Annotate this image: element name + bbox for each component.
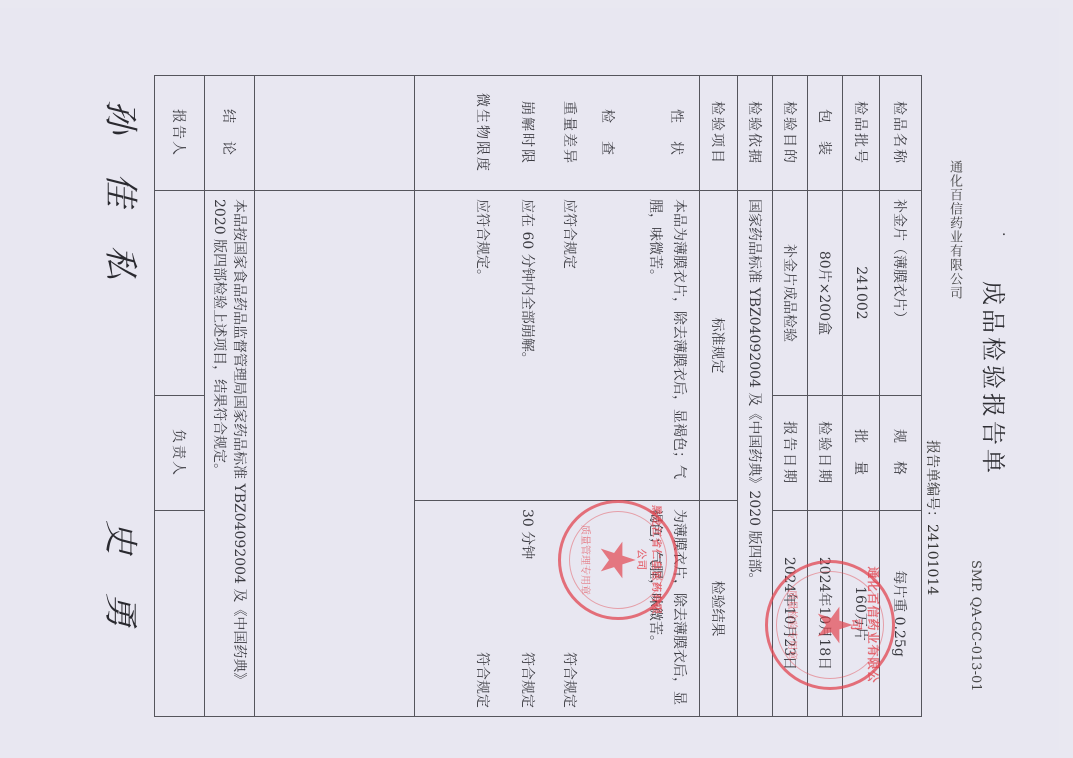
reporter-signature-cell [155,191,205,396]
report-page: 成品检验报告单 · SMP. QA-GC-013-01 通化百信药业有限公司 报… [0,0,1073,758]
item-standard: 应符合规定。 [459,199,504,492]
report-number: 报告单编号：24101014 [923,440,943,595]
row-packaging: 包 装 80片×200盒 检验日期 2024年10月18日 [808,76,843,717]
company-name: 通化百信药业有限公司 [945,160,964,300]
basis-label: 检验依据 [738,76,773,191]
packaging-label: 包 装 [808,76,843,191]
responsible-signature-cell [155,511,205,717]
test-date-label: 检验日期 [808,396,843,511]
packaging-value: 80片×200盒 [808,191,843,396]
item-result [589,509,624,708]
report-date-label: 报告日期 [773,396,808,511]
item-result: 为薄膜衣片，除去薄膜衣后，显褐色；气腥，味微苦。 [624,509,699,708]
conclusion-label: 结 论 [205,76,255,191]
row-product-name: 检品名称 补金片（薄膜衣片） 规 格 每片重 0.25g [880,76,922,717]
purpose-label: 检验目的 [773,76,808,191]
row-basis: 检验依据 国家药品标准 YBZ04092004 及《中国药典》2020 版四部。 [738,76,773,717]
row-signatures: 报告人 负责人 [155,76,205,717]
product-name-label: 检品名称 [880,76,922,191]
item-result: 30 分钟 [504,509,549,559]
report-title: 成品检验报告单 [978,0,1013,758]
inspection-table: 检品名称 补金片（薄膜衣片） 规 格 每片重 0.25g 检品批号 241002… [154,75,922,717]
purpose-value: 补金片成品检验 [773,191,808,396]
batch-no-label: 检品批号 [843,76,880,191]
item-name: 崩解时限 [504,76,549,190]
item-standard: 应符合规定 [549,199,589,492]
item-result-row: 30 分钟 符合规定 [504,509,549,708]
item-verdict: 符合规定 [549,509,589,708]
row-conclusion: 结 论 本品按国家食品药品监督管理局国家药品标准 YBZ04092004 及《中… [205,76,255,717]
conclusion-text: 本品按国家食品药品监督管理局国家药品标准 YBZ04092004 及《中国药典》… [205,191,255,717]
blank-cell [255,191,415,717]
items-header-result: 检验结果 [700,501,738,717]
batch-size-value: 160万片 [843,511,880,717]
responsible-signature: 史 勇 [99,520,148,641]
report-date-value: 2024年10月23日 [773,511,808,717]
item-name: 检 查 [589,76,624,190]
row-items-header: 检验项目 标准规定 检验结果 [700,76,738,717]
item-standard: 应在 60 分钟内全部崩解。 [504,199,549,492]
item-verdict: 符合规定 [459,509,504,708]
reporter-signature: 孙 佳 私 [99,100,148,294]
row-items-body: 性 状 检 查 重量差异 崩解时限 微生物限度 本品为薄膜衣片，除去薄膜衣后，显… [415,76,700,717]
items-results: 为薄膜衣片，除去薄膜衣后，显褐色；气腥，味微苦。 符合规定 30 分钟 符合规定… [415,501,700,717]
responsible-label: 负责人 [155,396,205,511]
reporter-label: 报告人 [155,76,205,191]
row-blank [255,76,415,717]
item-name: 重量差异 [549,76,589,190]
items-header-standard: 标准规定 [700,191,738,501]
items-header-item: 检验项目 [700,76,738,191]
item-name: 微生物限度 [459,76,504,190]
item-name: 性 状 [624,76,699,190]
item-verdict: 符合规定 [504,652,549,708]
spec-label: 规 格 [880,396,922,511]
item-standard: 本品为薄膜衣片，除去薄膜衣后，显褐色；气腥，味微苦。 [624,199,699,492]
item-standard [589,199,624,492]
spec-value: 每片重 0.25g [880,511,922,717]
items-standards: 本品为薄膜衣片，除去薄膜衣后，显褐色；气腥，味微苦。 应符合规定 应在 60 分… [415,191,700,501]
row-batch: 检品批号 241002 批 量 160万片 [843,76,880,717]
report-number-label: 报告单编号： [924,440,940,524]
title-dot: · [995,232,1011,236]
batch-no-value: 241002 [843,191,880,396]
basis-value: 国家药品标准 YBZ04092004 及《中国药典》2020 版四部。 [738,191,773,717]
blank-cell [255,76,415,191]
document-code: SMP. QA-GC-013-01 [968,560,983,692]
batch-size-label: 批 量 [843,396,880,511]
product-name-value: 补金片（薄膜衣片） [880,191,922,396]
items-names: 性 状 检 查 重量差异 崩解时限 微生物限度 [415,76,700,191]
report-number-value: 24101014 [924,524,940,595]
row-purpose: 检验目的 补金片成品检验 报告日期 2024年10月23日 [773,76,808,717]
test-date-value: 2024年10月18日 [808,511,843,717]
